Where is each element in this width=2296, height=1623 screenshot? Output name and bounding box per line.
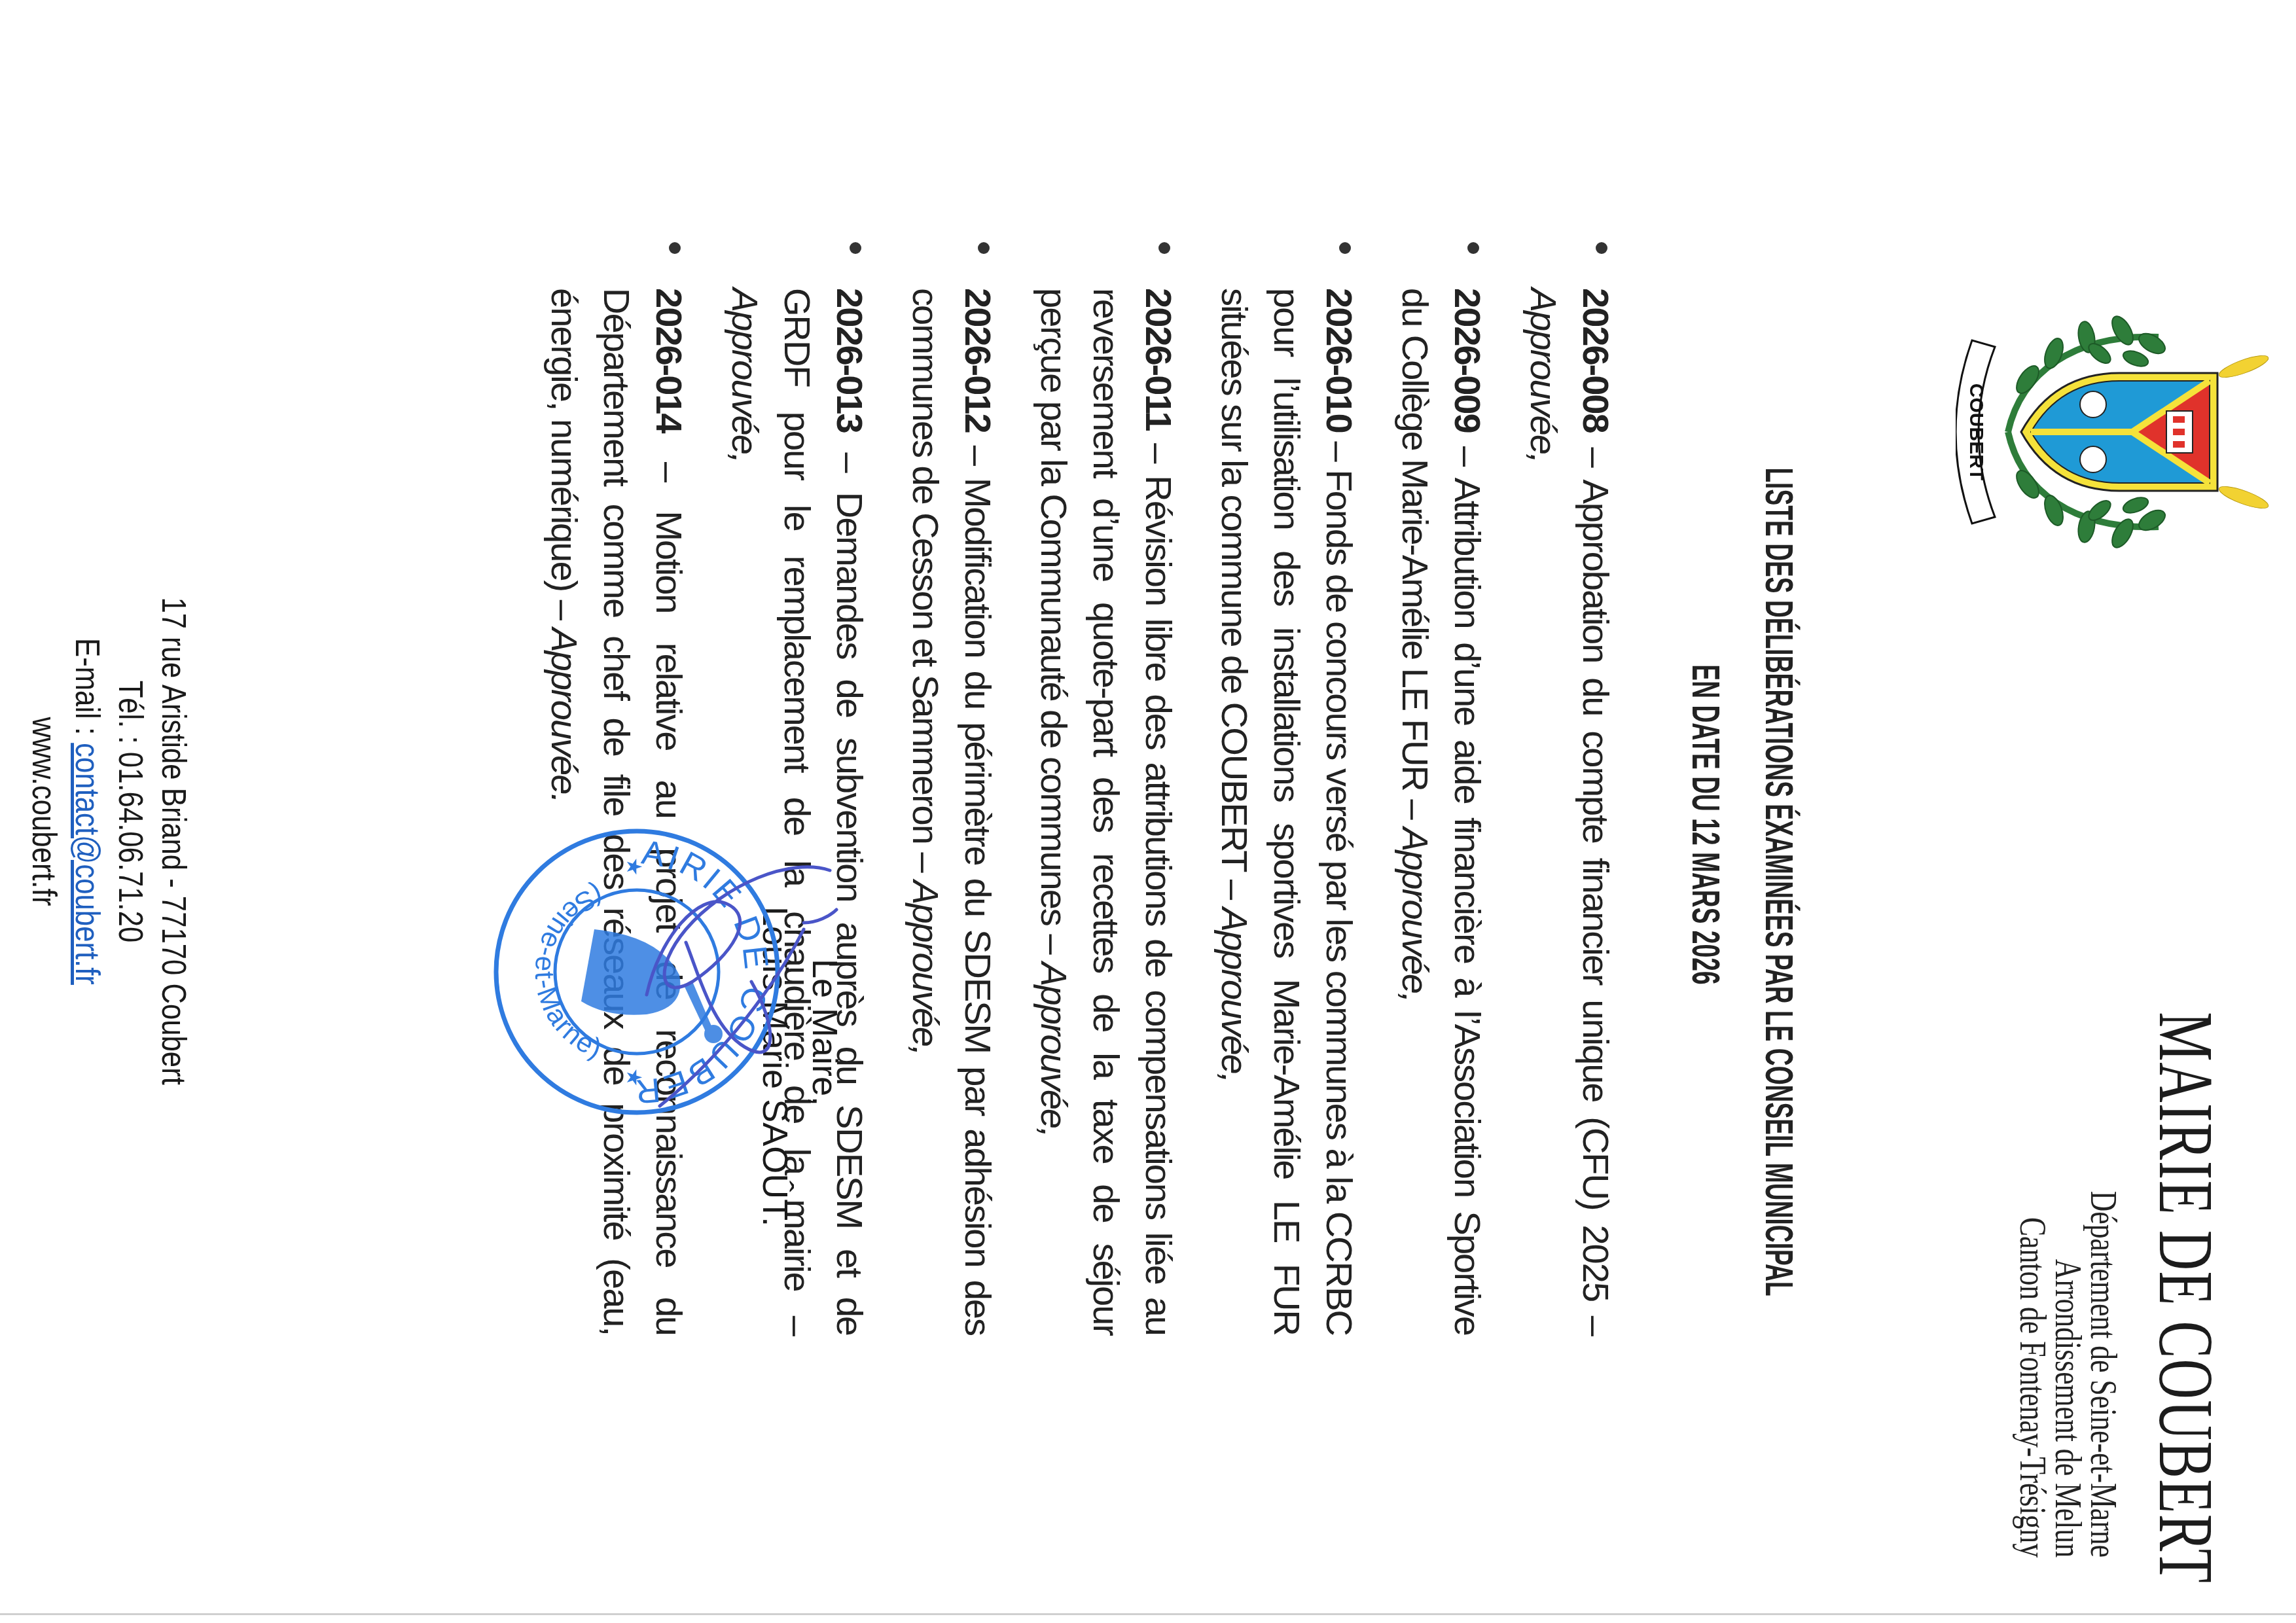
footer-email: E-mail : contact@coubert.fr (65, 597, 109, 1026)
email-label: E-mail : (68, 638, 106, 743)
mairie-title: MAIRIE DE COUBERT (2147, 868, 2224, 1584)
deliberation-status: Approuvée. (544, 628, 585, 802)
deliberation-number: 2026-014 (649, 288, 690, 433)
deliberation-item: 2026-014 – Motion relative au projet de … (538, 262, 695, 1335)
separator: – (1575, 433, 1617, 480)
signature-scribble-icon (607, 831, 856, 1158)
deliberation-status: Approuvée, (1523, 288, 1564, 462)
deliberations-list: 2026-008 – Approbation du compte financi… (514, 262, 1622, 1335)
bullet-icon (669, 242, 681, 254)
handwritten-signature (607, 831, 856, 1158)
department-line: Département de Seine-et-Marne (2085, 802, 2121, 1558)
separator: – (544, 591, 585, 628)
separator: – (958, 433, 999, 478)
deliberation-number: 2026-013 (829, 288, 870, 433)
deliberation-status: Approuvée, (1033, 962, 1075, 1136)
bullet-icon (1158, 242, 1170, 254)
deliberation-status: Approuvée, (905, 880, 946, 1054)
footer-address: 17 rue Aristide Briand - 77170 Coubert (152, 597, 195, 1026)
bullet-icon (1467, 242, 1479, 254)
separator: – (649, 433, 690, 511)
phone-number: 01.64.06.71.20 (111, 752, 149, 942)
deliberation-number: 2026-011 (1138, 288, 1179, 431)
deliberation-number: 2026-009 (1447, 288, 1488, 433)
bullet-icon (850, 242, 861, 254)
arrondissement-line: Arrondissement de Melun (2050, 802, 2085, 1558)
separator: – (1033, 925, 1075, 962)
separator: – (829, 433, 870, 492)
title-line-2: EN DATE DU 12 MARS 2026 (1686, 467, 1725, 1181)
deliberation-number: 2026-012 (958, 288, 999, 433)
letterhead: MAIRIE DE COUBERT Département de Seine-e… (2015, 589, 2224, 1584)
document-title: LISTE DES DÉLIBÉRATIONS ÉXAMINÉES PAR LE… (1686, 249, 1799, 1400)
deliberation-subject: Approbation du compte financier unique (… (1575, 479, 1617, 1301)
footer-website: www.coubert.fr (22, 597, 65, 1026)
deliberation-item: 2026-008 – Approbation du compte financi… (1517, 262, 1622, 1335)
deliberation-item: 2026-009 – Attribution d’une aide financ… (1389, 262, 1494, 1335)
phone-label: Tél. : (111, 681, 149, 752)
separator: – (777, 1291, 818, 1335)
deliberation-number: 2026-010 (1319, 288, 1360, 433)
separator: – (1138, 431, 1179, 476)
separator: – (1447, 433, 1488, 478)
footer-contact: 17 rue Aristide Briand - 77170 Coubert T… (22, 556, 195, 1067)
scan-edge-line (0, 1613, 2296, 1615)
deliberation-status: Approuvée, (1214, 908, 1255, 1082)
separator: – (1319, 433, 1360, 470)
deliberation-number: 2026-008 (1575, 288, 1617, 433)
deliberation-status: Approuvée, (1395, 827, 1436, 1001)
bullet-icon (1339, 242, 1351, 254)
bullet-icon (1596, 242, 1607, 254)
email-link[interactable]: contact@coubert.fr (68, 743, 106, 985)
title-line-1: LISTE DES DÉLIBÉRATIONS ÉXAMINÉES PAR LE… (1759, 467, 1799, 1181)
separator: – (905, 844, 946, 880)
canton-line: Canton de Fontenay-Trésigny (2015, 802, 2050, 1558)
footer-phone: Tél. : 01.64.06.71.20 (109, 597, 152, 1026)
separator: – (1214, 871, 1255, 908)
coat-of-arms-crest: COUBERT (1956, 275, 2270, 589)
svg-text:COUBERT: COUBERT (1965, 383, 1987, 480)
deliberation-status: Approuvée, (725, 288, 766, 462)
deliberation-item: 2026-010 – Fonds de concours versé par l… (1208, 262, 1365, 1335)
separator: – (1575, 1301, 1617, 1335)
deliberation-item: 2026-012 – Modification du périmètre du … (899, 262, 1004, 1335)
crest-icon: COUBERT (1956, 275, 2270, 589)
document-page: COUBERT MAIRIE DE COUBERT Département de… (0, 0, 2296, 1623)
bullet-icon (978, 242, 990, 254)
separator: – (1395, 791, 1436, 827)
deliberation-item: 2026-011 – Révision libre des attributio… (1028, 262, 1185, 1335)
